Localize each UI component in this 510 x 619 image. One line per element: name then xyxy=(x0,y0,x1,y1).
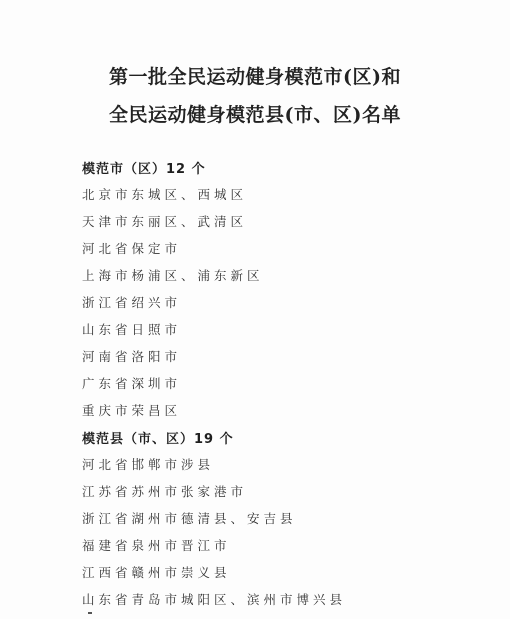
list-item: 山东省日照市 xyxy=(82,320,181,338)
section-heading-model-cities: 模范市（区）12 个 xyxy=(82,158,206,177)
list-item: 重庆市荣昌区 xyxy=(82,401,181,419)
list-item: 江苏省苏州市张家港市 xyxy=(82,482,247,500)
list-item: 河南省洛阳市 xyxy=(82,347,181,365)
list-item: 天津市东丽区、武清区 xyxy=(82,212,247,230)
list-item: 北京市东城区、西城区 xyxy=(82,185,247,203)
list-item: 浙江省湖州市德清县、安吉县 xyxy=(82,509,297,527)
list-item: 山东省青岛市城阳区、滨州市博兴县 xyxy=(82,590,346,608)
list-item: 广东省深圳市 xyxy=(82,374,181,392)
list-item: 浙江省绍兴市 xyxy=(82,293,181,311)
list-item: 河北省邯郸市涉县 xyxy=(82,455,214,473)
section-heading-model-counties: 模范县（市、区）19 个 xyxy=(82,428,234,447)
scan-mark xyxy=(88,612,92,614)
list-item: 上海市杨浦区、浦东新区 xyxy=(82,266,264,284)
document-title-line-1: 第一批全民运动健身模范市(区)和 xyxy=(0,62,510,89)
list-item: 江西省赣州市崇义县 xyxy=(82,563,231,581)
list-item: 福建省泉州市晋江市 xyxy=(82,536,231,554)
document-title-line-2: 全民运动健身模范县(市、区)名单 xyxy=(0,100,510,127)
list-item: 河北省保定市 xyxy=(82,239,181,257)
